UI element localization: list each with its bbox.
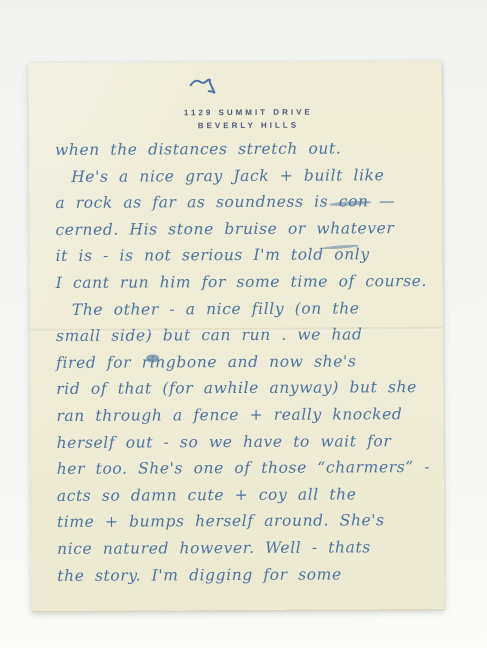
ink-scribble — [146, 354, 159, 362]
handwritten-line: herself out - so we have to wait for — [56, 427, 439, 456]
handwritten-line: fired for ringbone and now she's — [56, 348, 439, 377]
handwritten-line: He's a nice gray Jack + built like — [55, 162, 438, 191]
handwritten-line: small side) but can run . we had — [56, 321, 439, 350]
handwritten-line: nice natured however. Well - thats — [57, 534, 440, 563]
handwritten-line: it is - is not serious I'm told only — [56, 241, 439, 270]
handwritten-line: ran through a fence + really knocked — [56, 401, 439, 430]
letter-page: 1129 SUMMIT DRIVE BEVERLY HILLS when the… — [29, 61, 445, 611]
letterhead: 1129 SUMMIT DRIVE BEVERLY HILLS — [42, 105, 455, 133]
handwritten-line: rid of that (for awhile anyway) but she — [56, 374, 439, 403]
handwritten-line: the story. I'm digging for some — [57, 560, 440, 589]
handwritten-line: acts so damn cute + coy all the — [57, 481, 440, 510]
handwritten-line: I cant run him for some time of course. — [56, 268, 439, 297]
letterhead-city: BEVERLY HILLS — [42, 118, 455, 133]
handwritten-line: time + bumps herself around. She's — [57, 507, 440, 536]
handwritten-line: cerned. His stone bruise or whatever — [55, 215, 438, 244]
page-number-mark — [189, 75, 225, 99]
handwritten-line: a rock as far as soundness is con — — [55, 188, 438, 217]
handwritten-line: The other - a nice filly (on the — [56, 295, 439, 324]
handwritten-line: her too. She's one of those “charmers” - — [57, 454, 440, 483]
letter-body: when the distances stretch out.He's a ni… — [55, 135, 440, 589]
scanner-background: 1129 SUMMIT DRIVE BEVERLY HILLS when the… — [0, 0, 487, 648]
handwritten-squiggle-icon — [189, 75, 225, 99]
handwritten-line: when the distances stretch out. — [55, 135, 438, 164]
